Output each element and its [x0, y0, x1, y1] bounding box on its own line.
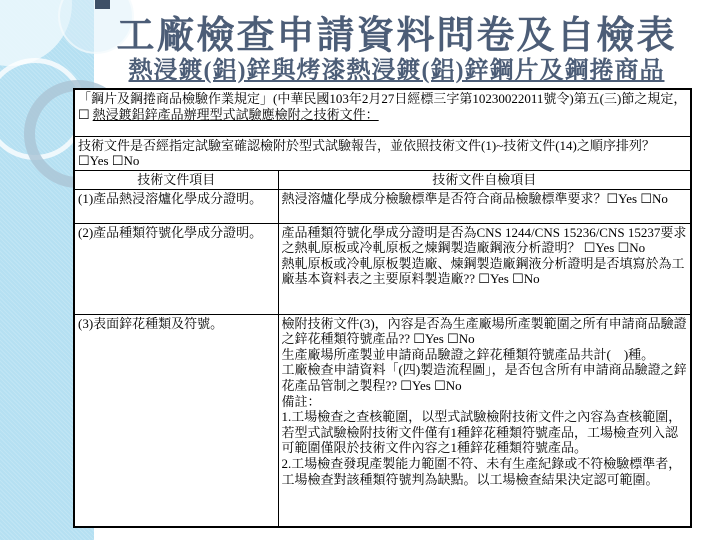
- item-cell-3: (3)表面鋅花種類及符號。: [74, 314, 278, 527]
- table-row-2: (2)產品種類符號化學成分證明。 產品種類符號化學成分證明是否為CNS 1244…: [74, 223, 691, 314]
- table-row-1: (1)產品熱浸溶爐化學成分證明。 熱浸溶爐化學成分檢驗標準是否符合商品檢驗標準要…: [74, 189, 691, 223]
- table-header-row: 技術文件項目 技術文件自檢項目: [74, 170, 691, 189]
- checkbox-icon[interactable]: ☐: [78, 107, 90, 123]
- intro-cell: 「鋼片及鋼捲商品檢驗作業規定」(中華民國103年2月27日經標三字第102300…: [74, 89, 691, 136]
- check-cell-1: 熱浸溶爐化學成分檢驗標準是否符合商品檢驗標準要求？☐Yes ☐No: [278, 189, 691, 223]
- intro-regulation-text: 「鋼片及鋼捲商品檢驗作業規定」(中華民國103年2月27日經標三字第102300…: [78, 91, 686, 106]
- header-tech-doc-item: 技術文件項目: [74, 170, 278, 189]
- slide: 工廠檢查申請資料問卷及自檢表 熱浸鍍(鋁)鋅與烤漆熱浸鍍(鋁)鋅鋼片及鋼捲商品 …: [0, 0, 720, 540]
- table-row-3: (3)表面鋅花種類及符號。 檢附技術文件(3)，內容是否為生產廠場所產製範圍之所…: [74, 314, 691, 527]
- item-cell-1: (1)產品熱浸溶爐化學成分證明。: [74, 189, 278, 223]
- question-cell: 技術文件是否經指定試驗室確認檢附於型式試驗報告，並依照技術文件(1)~技術文件(…: [74, 136, 691, 170]
- self-check-table: 「鋼片及鋼捲商品檢驗作業規定」(中華民國103年2月27日經標三字第102300…: [73, 88, 692, 528]
- slide-subtitle: 熱浸鍍(鋁)鋅與烤漆熱浸鍍(鋁)鋅鋼片及鋼捲商品: [73, 50, 720, 85]
- table-row-question: 技術文件是否經指定試驗室確認檢附於型式試驗報告，並依照技術文件(1)~技術文件(…: [74, 136, 691, 170]
- intro-line2: ☐熱浸鍍鋁鋅產品辦理型式試驗應檢附之技術文件：: [78, 107, 687, 123]
- table-row-intro: 「鋼片及鋼捲商品檢驗作業規定」(中華民國103年2月27日經標三字第102300…: [74, 89, 691, 136]
- intro-underlined-text: 熱浸鍍鋁鋅產品辦理型式試驗應檢附之技術文件：: [93, 107, 379, 122]
- check-cell-3: 檢附技術文件(3)，內容是否為生產廠場所產製範圍之所有申請商品驗證之鋅花種類符號…: [278, 314, 691, 527]
- check-cell-2: 產品種類符號化學成分證明是否為CNS 1244/CNS 15236/CNS 15…: [278, 223, 691, 314]
- header-self-check-item: 技術文件自檢項目: [278, 170, 691, 189]
- item-cell-2: (2)產品種類符號化學成分證明。: [74, 223, 278, 314]
